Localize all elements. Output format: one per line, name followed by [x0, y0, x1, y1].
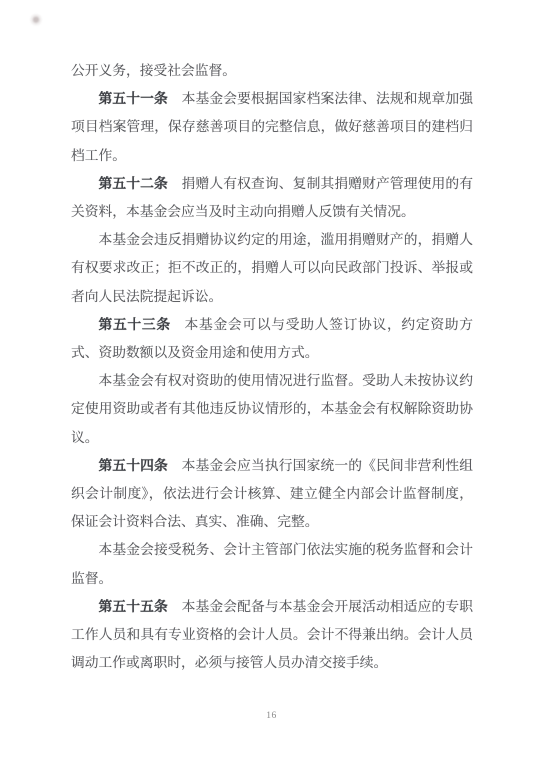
- article-55-heading: 第五十五条: [99, 599, 168, 614]
- article-53-heading: 第五十三条: [99, 317, 171, 332]
- article-51-paragraph: 第五十一条本基金会要根据国家档案法律、法规和规章加强项目档案管理，保存慈善项目的…: [71, 85, 473, 170]
- article-53-subparagraph: 本基金会有权对资助的使用情况进行监督。受助人未按协议约定使用资助或者有其他违反协…: [71, 367, 473, 452]
- paragraph-text: 本基金会有权对资助的使用情况进行监督。受助人未按协议约定使用资助或者有其他违反协…: [71, 373, 473, 444]
- document-text-block: 公开义务，接受社会监督。 第五十一条本基金会要根据国家档案法律、法规和规章加强项…: [71, 57, 473, 677]
- article-52-paragraph: 第五十二条捐赠人有权查询、复制其捐赠财产管理使用的有关资料，本基金会应当及时主动…: [71, 170, 473, 226]
- paragraph-text: 公开义务，接受社会监督。: [71, 63, 236, 78]
- article-54-paragraph: 第五十四条本基金会应当执行国家统一的《民间非营利性组织会计制度》，依法进行会计核…: [71, 452, 473, 537]
- article-52-subparagraph: 本基金会违反捐赠协议约定的用途，滥用捐赠财产的，捐赠人有权要求改正；拒不改正的，…: [71, 226, 473, 311]
- article-52-heading: 第五十二条: [99, 176, 168, 191]
- paragraph-continuation: 公开义务，接受社会监督。: [71, 57, 473, 85]
- scan-smudge: [29, 12, 43, 26]
- page-number: 16: [0, 711, 543, 721]
- article-55-paragraph: 第五十五条本基金会配备与本基金会开展活动相适应的专职工作人员和具有专业资格的会计…: [71, 593, 473, 678]
- article-53-paragraph: 第五十三条本基金会可以与受助人签订协议，约定资助方式、资助数额以及资金用途和使用…: [71, 311, 473, 367]
- paragraph-text: 本基金会接受税务、会计主管部门依法实施的税务监督和会计监督。: [71, 542, 473, 585]
- paragraph-text: 本基金会违反捐赠协议约定的用途，滥用捐赠财产的，捐赠人有权要求改正；拒不改正的，…: [71, 232, 473, 303]
- article-54-subparagraph: 本基金会接受税务、会计主管部门依法实施的税务监督和会计监督。: [71, 536, 473, 592]
- document-page: 公开义务，接受社会监督。 第五十一条本基金会要根据国家档案法律、法规和规章加强项…: [0, 0, 543, 768]
- article-54-heading: 第五十四条: [99, 458, 168, 473]
- article-51-heading: 第五十一条: [99, 91, 168, 106]
